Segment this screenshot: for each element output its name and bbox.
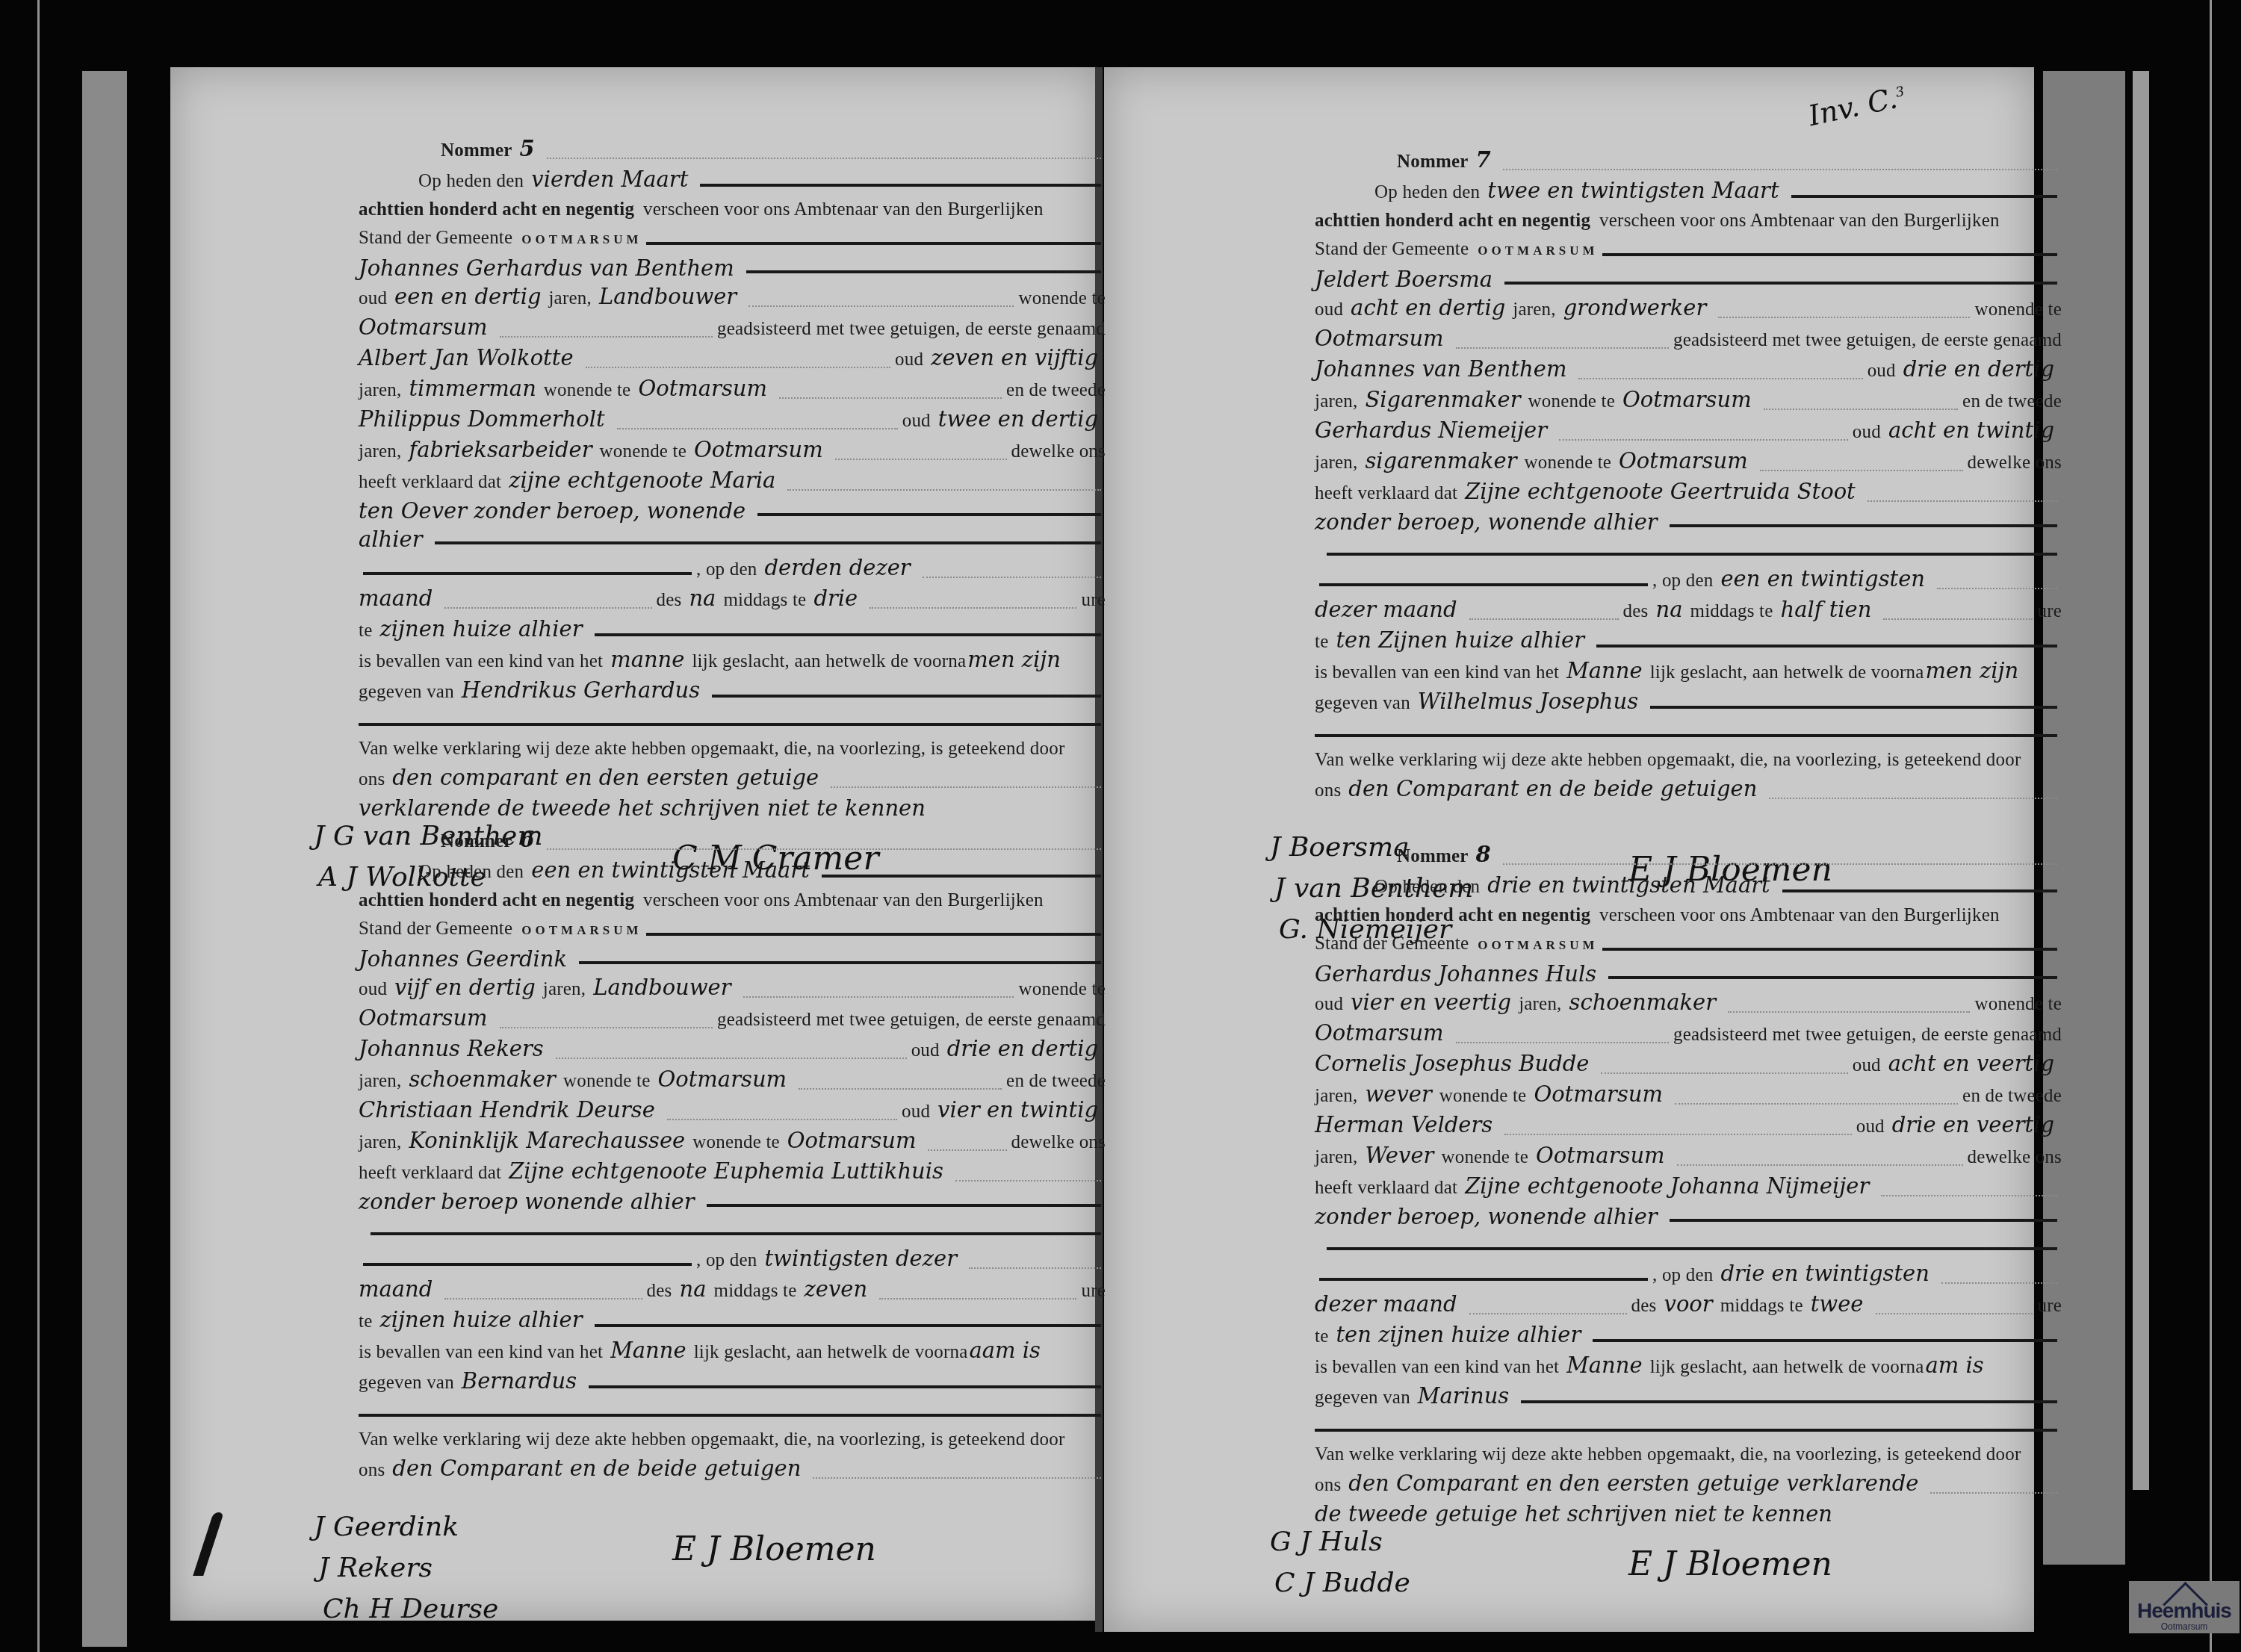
handwritten-witness2-age: acht en twintig: [1888, 416, 2054, 444]
form-text: jaren,: [359, 376, 401, 405]
form-text: verscheen voor ons Ambtenaar van den Bur…: [1599, 207, 2000, 235]
handwritten-number: 5: [520, 134, 535, 163]
form-text: verscheen voor ons Ambtenaar van den Bur…: [643, 886, 1044, 915]
rule-line: [712, 695, 1101, 698]
rule-line: [969, 1267, 1101, 1269]
rule-line: [1937, 588, 2057, 589]
signature: E J Bloemen: [672, 1535, 876, 1564]
handwritten-voornamen-suffix: men zijn: [967, 645, 1061, 674]
handwritten-sex: manne: [610, 645, 684, 674]
form-text: achttien honderd acht en negentig: [359, 196, 634, 224]
form-text: des: [1631, 1292, 1657, 1320]
handwritten-witness1-age: drie en dertig: [1903, 355, 2054, 383]
form-text: Stand der Gemeente: [359, 915, 512, 943]
signature: E J Bloemen: [1628, 1550, 1832, 1579]
handwritten-sex: Manne: [610, 1336, 686, 1364]
form-text: jaren,: [1519, 990, 1561, 1019]
handwritten-wife-line2: zonder beroep, wonende alhier: [1315, 1202, 1658, 1231]
handwritten-signed-by-line2: de tweede getuige het schrijven niet te …: [1315, 1500, 1832, 1528]
handwritten-hour: zeven: [805, 1275, 868, 1303]
form-text: geadsisteerd met twee getuigen, de eerst…: [717, 315, 1106, 344]
form-text: lijk geslacht, aan hetwelk de voorna: [694, 1338, 968, 1367]
form-text: te: [359, 617, 372, 645]
rule-line: [1728, 1011, 1970, 1013]
handwritten-date: een en twintigsten Maart: [531, 856, 810, 884]
rule-line: [799, 1088, 1002, 1090]
form-text: Op heden den: [1374, 873, 1480, 901]
form-text: lijk geslacht, aan hetwelk de voorna: [1650, 659, 1924, 687]
rule-line: [586, 367, 890, 368]
signatures: J GeerdinkJ RekersCh H DeurseE J Bloemen: [359, 1513, 1106, 1640]
left-page-stub: [82, 71, 127, 1647]
form-text: des: [657, 586, 682, 615]
form-text: wonende te: [1525, 449, 1612, 477]
handwritten-witness1-residence: Ootmarsum: [1534, 1080, 1663, 1108]
handwritten-child-name: Bernardus: [462, 1367, 577, 1395]
rule-line: [595, 1324, 1101, 1327]
form-text: Van welke verklaring wij deze akte hebbe…: [359, 735, 1064, 763]
form-text: achttien honderd acht en negentig: [1315, 207, 1590, 235]
rule-line: [547, 848, 1101, 850]
handwritten-witness2-occupation: sigarenmaker: [1365, 447, 1516, 475]
rule-line: [1602, 253, 2057, 256]
birth-record-8: Nommer8 Op heden dendrie en twintigsten …: [1315, 840, 2062, 1652]
form-text: wonende te: [1528, 388, 1616, 416]
form-text: ure: [1081, 586, 1106, 615]
handwritten-birth-day: een en twintigsten: [1720, 565, 1925, 593]
handwritten-witness2-age: vier en twintig: [937, 1096, 1098, 1124]
form-text: ons: [1315, 1471, 1341, 1500]
handwritten-witness1-residence: Ootmarsum: [638, 374, 767, 403]
handwritten-witness1-residence: Ootmarsum: [657, 1065, 787, 1093]
handwritten-signed-by-line1: den Comparant en de beide getuigen: [1348, 774, 1757, 803]
form-text: ons: [359, 766, 385, 794]
form-text: geadsisteerd met twee getuigen, de eerst…: [1673, 1021, 2062, 1049]
rule-line: [1791, 195, 2057, 198]
form-text: OOTMARSUM: [521, 916, 642, 945]
form-text: jaren,: [543, 975, 586, 1004]
rule-line: [1881, 1195, 2057, 1196]
handwritten-declarant-age: vier en veertig: [1351, 988, 1511, 1016]
form-text: dewelke ons: [1968, 449, 2062, 477]
rule-line: [1503, 863, 2057, 865]
rule-line: [1769, 798, 2057, 799]
handwritten-declarant: Gerhardus Johannes Huls: [1315, 960, 1596, 988]
form-text: Nommer: [441, 137, 512, 165]
birth-record-7: Nommer7 Op heden dentwee en twintigsten …: [1315, 146, 2062, 960]
handwritten-wife-line2: zonder beroep, wonende alhier: [1315, 508, 1658, 536]
handwritten-signed-by-line1: den Comparant en den eersten getuige ver…: [1348, 1469, 1918, 1497]
handwritten-birth-day: derden dezer: [764, 553, 910, 582]
rule-line: [1469, 1313, 1627, 1314]
signature: J Rekers: [318, 1554, 433, 1583]
rule-line: [363, 572, 692, 575]
rule-line: [1608, 976, 2057, 979]
handwritten-sex: Manne: [1566, 1351, 1643, 1379]
handwritten-voornamen-suffix: men zijn: [1925, 656, 2018, 685]
handwritten-voornamen-suffix: aam is: [969, 1336, 1040, 1364]
rule-line: [646, 242, 1101, 245]
rule-line: [435, 541, 1101, 544]
form-text: Op heden den: [418, 167, 524, 196]
handwritten-declarant: Johannes Geerdink: [359, 945, 567, 973]
form-text: jaren,: [1315, 449, 1357, 477]
handwritten-declarant-age: een en dertig: [394, 282, 541, 311]
form-text: wonende te: [1974, 296, 2062, 324]
form-text: , op den: [1652, 1261, 1713, 1290]
rule-line: [831, 786, 1101, 788]
signatures: G J HulsC J BuddeE J Bloemen: [1315, 1528, 2062, 1652]
form-text: OOTMARSUM: [521, 226, 642, 254]
heemhuis-watermark: Heemhuis Ootmarsum: [2129, 1581, 2240, 1633]
handwritten-declarant-age: acht en dertig: [1351, 294, 1505, 322]
rule-line: [1883, 618, 2033, 620]
handwritten-date: drie en twintigsten Maart: [1487, 871, 1770, 899]
rule-line: [700, 184, 1101, 187]
film-edge-left: [37, 0, 40, 1652]
form-text: dewelke ons: [1011, 1128, 1106, 1157]
rule-line: [500, 336, 713, 338]
rule-line: [667, 1119, 897, 1120]
rule-line: [1559, 439, 1848, 441]
handwritten-witness1-age: drie en dertig: [947, 1034, 1098, 1063]
rule-line: [1319, 583, 1648, 586]
form-text: oud: [1315, 990, 1343, 1019]
form-text: wonende te: [600, 438, 687, 466]
handwritten-hour: drie: [813, 584, 858, 612]
rule-line: [1456, 347, 1669, 349]
form-text: oud: [1315, 296, 1343, 324]
form-text: oud: [902, 407, 931, 435]
form-text: Van welke verklaring wij deze akte hebbe…: [1315, 1441, 2021, 1469]
handwritten-wife-line1: Zijne echtgenoote Geertruida Stoot: [1465, 477, 1856, 506]
handwritten-birth-day: twintigsten dezer: [764, 1244, 957, 1273]
form-text: geadsisteerd met twee getuigen, de eerst…: [1673, 326, 2062, 355]
rule-line: [1578, 378, 1862, 379]
rule-line: [1670, 1219, 2057, 1222]
handwritten-date: twee en twintigsten Maart: [1487, 176, 1779, 205]
handwritten-place: ten Zijnen huize alhier: [1336, 626, 1584, 654]
rule-line: [1677, 1164, 1963, 1166]
handwritten-witness1: Johannus Rekers: [359, 1034, 544, 1063]
handwritten-place: zijnen huize alhier: [379, 615, 582, 643]
rule-line: [923, 577, 1101, 578]
form-text: ure: [2037, 1292, 2062, 1320]
rule-line: [822, 875, 1101, 878]
rule-line: [1675, 1103, 1958, 1105]
handwritten-birth-month: maand: [359, 1275, 433, 1303]
handwritten-witness2-residence: Ootmarsum: [787, 1126, 917, 1155]
form-text: Op heden den: [1374, 178, 1480, 207]
rule-line: [1521, 1400, 2057, 1403]
form-text: achttien honderd acht en negentig: [1315, 901, 1590, 930]
rule-line: [1760, 470, 1963, 471]
form-text: jaren,: [359, 438, 401, 466]
rule-line: [1469, 618, 1619, 620]
handwritten-witness2-residence: Ootmarsum: [1536, 1141, 1665, 1170]
form-text: heeft verklaard dat: [1315, 479, 1457, 508]
form-text: jaren,: [1315, 1082, 1357, 1111]
rule-line: [595, 633, 1101, 636]
rule-line: [1504, 282, 2057, 285]
signature: C J Budde: [1274, 1569, 1410, 1597]
handwritten-declarant-occupation: grondwerker: [1563, 294, 1707, 322]
rule-line: [1601, 1072, 1847, 1074]
form-text: heeft verklaard dat: [1315, 1174, 1457, 1202]
form-text: ure: [2037, 597, 2062, 626]
form-text: Van welke verklaring wij deze akte hebbe…: [359, 1426, 1064, 1454]
form-text: wonende te: [692, 1128, 780, 1157]
form-text: wonende te: [1974, 990, 2062, 1019]
rule-line: [556, 1058, 907, 1059]
form-text: middags te: [1720, 1292, 1803, 1320]
handwritten-voornamen-suffix: am is: [1925, 1351, 1983, 1379]
rule-line: [813, 1477, 1101, 1479]
form-text: te: [1315, 1323, 1328, 1351]
form-text: oud: [1856, 1113, 1885, 1141]
rule-line: [1941, 1282, 2057, 1284]
rule-line: [1670, 524, 2057, 527]
handwritten-declarant-residence: Ootmarsum: [1315, 324, 1444, 353]
form-text: middags te: [723, 586, 806, 615]
signature: Ch H Deurse: [323, 1595, 498, 1624]
rule-line: [1456, 1042, 1669, 1043]
handwritten-witness2-residence: Ootmarsum: [694, 435, 823, 464]
handwritten-ampm: na: [1656, 595, 1683, 624]
form-text: Van welke verklaring wij deze akte hebbe…: [1315, 746, 2021, 774]
form-text: dewelke ons: [1011, 438, 1106, 466]
form-text: OOTMARSUM: [1478, 237, 1598, 265]
form-text: jaren,: [1315, 388, 1357, 416]
handwritten-declarant: Jeldert Boersma: [1315, 265, 1493, 294]
form-text: dewelke ons: [1968, 1143, 2062, 1172]
form-text: jaren,: [359, 1128, 401, 1157]
rule-line: [779, 397, 1002, 399]
handwritten-witness1-occupation: Sigarenmaker: [1365, 385, 1520, 414]
form-text: heeft verklaard dat: [359, 468, 501, 497]
form-text: jaren,: [1513, 296, 1555, 324]
form-text: , op den: [696, 556, 757, 584]
form-text: lijk geslacht, aan hetwelk de voorna: [692, 648, 966, 676]
rule-line: [787, 489, 1101, 491]
rule-line: [359, 723, 1101, 726]
form-text: is bevallen van een kind van het: [1315, 1353, 1559, 1382]
form-text: middags te: [1690, 597, 1773, 626]
form-text: is bevallen van een kind van het: [359, 648, 603, 676]
rule-line: [363, 1263, 692, 1266]
form-text: ure: [1081, 1277, 1106, 1305]
form-text: des: [647, 1277, 672, 1305]
form-text: en de tweede: [1006, 1067, 1106, 1096]
form-text: wonende te: [1439, 1082, 1527, 1111]
handwritten-declarant-occupation: Landbouwer: [593, 973, 731, 1002]
rule-line: [1876, 1313, 2033, 1314]
rule-line: [757, 513, 1101, 516]
handwritten-witness1: Johannes van Benthem: [1315, 355, 1566, 383]
handwritten-wife-line1: Zijne echtgenoote Johanna Nijmeijer: [1465, 1172, 1869, 1200]
handwritten-declarant-occupation: schoenmaker: [1569, 988, 1717, 1016]
rule-line: [1650, 706, 2057, 709]
handwritten-wife-line2: zonder beroep wonende alhier: [359, 1187, 695, 1216]
handwritten-witness1-residence: Ootmarsum: [1622, 385, 1752, 414]
form-text: Stand der Gemeente: [359, 224, 512, 252]
form-text: oud: [1853, 418, 1881, 447]
rule-line: [547, 158, 1101, 159]
handwritten-ampm: na: [680, 1275, 707, 1303]
form-text: gegeven van: [359, 1369, 454, 1397]
birth-record-6: Nommer6 Op heden deneen en twintigsten M…: [359, 825, 1106, 1640]
rule-line: [1602, 948, 2057, 951]
handwritten-wife-line1: Zijne echtgenoote Euphemia Luttikhuis: [509, 1157, 943, 1185]
form-text: gegeven van: [1315, 689, 1410, 718]
handwritten-declarant-residence: Ootmarsum: [359, 313, 488, 341]
handwritten-date: vierden Maart: [531, 165, 688, 193]
handwritten-child-name: Wilhelmus Josephus: [1418, 687, 1638, 715]
handwritten-signed-by-line1: den comparant en den eersten getuige: [392, 763, 819, 792]
rule-line: [1504, 1134, 1851, 1135]
handwritten-hour: twee: [1811, 1290, 1864, 1318]
handwritten-signed-by-line1: den Comparant en de beide getuigen: [392, 1454, 801, 1482]
signature: G J Huls: [1270, 1528, 1383, 1556]
rule-line: [371, 1232, 1101, 1235]
form-text: gegeven van: [359, 678, 454, 707]
handwritten-number: 8: [1476, 840, 1491, 869]
form-text: des: [1623, 597, 1649, 626]
handwritten-witness1-age: acht en veertig: [1888, 1049, 2054, 1078]
form-text: oud: [911, 1037, 940, 1065]
form-text: heeft verklaard dat: [359, 1159, 501, 1187]
form-text: wonende te: [1018, 285, 1106, 313]
form-text: jaren,: [359, 1067, 401, 1096]
handwritten-declarant-residence: Ootmarsum: [1315, 1019, 1444, 1047]
rule-line: [1718, 317, 1970, 318]
form-text: , op den: [1652, 567, 1713, 595]
handwritten-witness1-occupation: schoenmaker: [409, 1065, 556, 1093]
form-text: wonende te: [563, 1067, 651, 1096]
handwritten-wife-line3: alhier: [359, 525, 423, 553]
handwritten-birth-month: dezer maand: [1315, 1290, 1457, 1318]
form-text: jaren,: [548, 285, 591, 313]
rule-line: [1596, 645, 2057, 648]
form-text: , op den: [696, 1246, 757, 1275]
form-text: te: [359, 1308, 372, 1336]
handwritten-number: 6: [520, 825, 535, 854]
rule-line: [359, 1414, 1101, 1417]
form-text: achttien honderd acht en negentig: [359, 886, 634, 915]
handwritten-witness2: Philippus Dommerholt: [359, 405, 605, 433]
form-text: Nommer: [1397, 842, 1469, 871]
form-text: en de tweede: [1962, 388, 2062, 416]
handwritten-witness1-age: zeven en vijftig: [931, 344, 1098, 372]
handwritten-ampm: voor: [1664, 1290, 1713, 1318]
form-text: Nommer: [1397, 148, 1469, 176]
right-page-edge: [2133, 71, 2149, 1490]
form-text: oud: [359, 975, 387, 1004]
handwritten-birth-month: dezer maand: [1315, 595, 1457, 624]
rule-line: [1319, 1278, 1648, 1281]
rule-line: [1782, 889, 2057, 892]
form-text: OOTMARSUM: [1478, 931, 1598, 960]
form-text: ons: [1315, 777, 1341, 805]
handwritten-witness1-occupation: wever: [1365, 1080, 1431, 1108]
form-text: ons: [359, 1456, 385, 1485]
form-text: te: [1315, 628, 1328, 656]
handwritten-declarant-residence: Ootmarsum: [359, 1004, 488, 1032]
handwritten-witness2-residence: Ootmarsum: [1619, 447, 1748, 475]
rule-line: [1764, 409, 1958, 410]
rule-line: [646, 933, 1101, 936]
form-text: verscheen voor ons Ambtenaar van den Bur…: [643, 196, 1044, 224]
rule-line: [1315, 734, 2057, 737]
rule-line: [879, 1298, 1076, 1299]
handwritten-witness2: Herman Velders: [1315, 1111, 1493, 1139]
form-text: en de tweede: [1006, 376, 1106, 405]
form-text: lijk geslacht, aan hetwelk de voorna: [1650, 1353, 1924, 1382]
rule-line: [617, 428, 898, 429]
form-text: jaren,: [1315, 1143, 1357, 1172]
form-text: Stand der Gemeente: [1315, 930, 1469, 958]
handwritten-witness2: Christiaan Hendrik Deurse: [359, 1096, 655, 1124]
rule-line: [1867, 500, 2057, 502]
form-text: middags te: [714, 1277, 797, 1305]
rule-line: [1327, 1247, 2057, 1250]
form-text: wonende te: [544, 376, 631, 405]
form-text: oud: [1867, 357, 1896, 385]
handwritten-declarant-occupation: Landbouwer: [599, 282, 737, 311]
handwritten-signed-by-line2: verklarende de tweede het schrijven niet…: [359, 794, 926, 822]
handwritten-birth-month: maand: [359, 584, 433, 612]
handwritten-witness2-occupation: Koninklijk Marechaussee: [409, 1126, 685, 1155]
rule-line: [500, 1027, 713, 1028]
handwritten-witness2-occupation: Wever: [1365, 1141, 1433, 1170]
handwritten-declarant: Johannes Gerhardus van Benthem: [359, 254, 734, 282]
handwritten-witness2: Gerhardus Niemeijer: [1315, 416, 1547, 444]
form-text: wonende te: [1018, 975, 1106, 1004]
rule-line: [1315, 1429, 2057, 1432]
rule-line: [835, 459, 1007, 460]
rule-line: [444, 607, 651, 609]
rule-line: [928, 1149, 1006, 1151]
form-text: is bevallen van een kind van het: [1315, 659, 1559, 687]
rule-line: [1930, 1492, 2057, 1494]
rule-line: [1593, 1339, 2057, 1342]
form-text: oud: [902, 1098, 930, 1126]
handwritten-child-name: Marinus: [1418, 1382, 1509, 1410]
form-text: en de tweede: [1962, 1082, 2062, 1111]
form-text: wonende te: [1441, 1143, 1528, 1172]
handwritten-witness2-occupation: fabrieksarbeider: [409, 435, 592, 464]
handwritten-child-name: Hendrikus Gerhardus: [462, 676, 700, 704]
handwritten-witness2-age: twee en dertig: [938, 405, 1098, 433]
form-text: oud: [1853, 1052, 1881, 1080]
handwritten-witness1-occupation: timmerman: [409, 374, 536, 403]
handwritten-wife-line1: zijne echtgenoote Maria: [509, 466, 775, 494]
form-text: Stand der Gemeente: [1315, 235, 1469, 264]
handwritten-witness2-age: drie en veertig: [1892, 1111, 2054, 1139]
rule-line: [746, 270, 1101, 273]
form-text: Op heden den: [418, 858, 524, 886]
rule-line: [1503, 169, 2057, 170]
form-text: oud: [895, 346, 923, 374]
rule-line: [748, 305, 1014, 307]
handwritten-ampm: na: [689, 584, 716, 612]
form-text: geadsisteerd met twee getuigen, de eerst…: [717, 1006, 1106, 1034]
form-text: Nommer: [441, 827, 512, 856]
form-text: gegeven van: [1315, 1384, 1410, 1412]
handwritten-place: ten zijnen huize alhier: [1336, 1320, 1581, 1349]
film-edge-right: [2210, 0, 2212, 1652]
form-text: is bevallen van een kind van het: [359, 1338, 603, 1367]
